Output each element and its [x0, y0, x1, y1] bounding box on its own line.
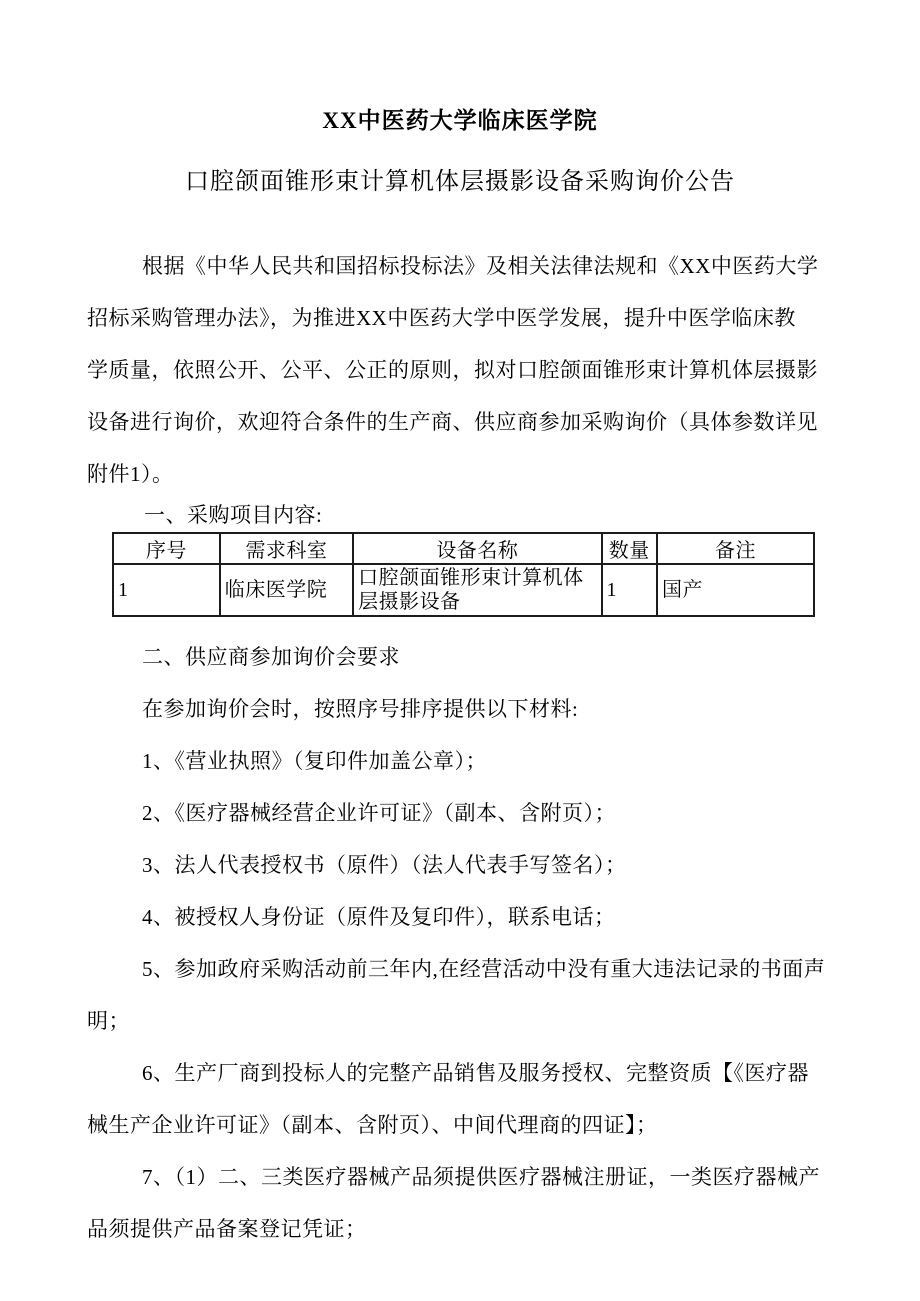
requirement-item-6: 6、生产厂商到投标人的完整产品销售及服务授权、完整资质【《医疗器 — [87, 1047, 833, 1099]
requirement-item-7: 7、（1）二、三类医疗器械产品须提供医疗器械注册证，一类医疗器械产 — [87, 1151, 833, 1203]
procurement-table: 序号 需求科室 设备名称 数量 备注 1 临床医学院 口腔颌面锥形束计算机体层摄… — [112, 532, 815, 617]
requirement-item-4: 4、被授权人身份证（原件及复印件），联系电话； — [87, 891, 833, 943]
cell-seq: 1 — [113, 564, 220, 616]
intro-line: 根据《中华人民共和国招标投标法》及相关法律法规和《XX中医药大学 — [87, 240, 833, 292]
section2-intro: 在参加询价会时，按照序号排序提供以下材料: — [87, 683, 833, 735]
page-title: XX中医药大学临床医学院 — [87, 100, 833, 142]
intro-line: 招标采购管理办法》，为推进XX中医药大学中医学发展，提升中医学临床教 — [87, 292, 833, 344]
intro-line: 附件1）。 — [87, 448, 833, 500]
requirement-item-6-continuation: 械生产企业许可证》（副本、含附页）、中间代理商的四证】； — [87, 1099, 833, 1151]
column-header-device: 设备名称 — [353, 533, 601, 564]
section2-heading: 二、供应商参加询价会要求 — [87, 631, 833, 683]
requirement-item-1: 1、《营业执照》（复印件加盖公章）； — [87, 735, 833, 787]
intro-line: 设备进行询价，欢迎符合条件的生产商、供应商参加采购询价（具体参数详见 — [87, 396, 833, 448]
column-header-department: 需求科室 — [220, 533, 353, 564]
requirement-item-2: 2、《医疗器械经营企业许可证》（副本、含附页）； — [87, 787, 833, 839]
table-row: 1 临床医学院 口腔颌面锥形束计算机体层摄影设备 1 国产 — [113, 564, 814, 616]
requirement-item-5-continuation: 明； — [87, 995, 833, 1047]
intro-paragraph: 根据《中华人民共和国招标投标法》及相关法律法规和《XX中医药大学 招标采购管理办… — [87, 240, 833, 500]
cell-department: 临床医学院 — [220, 564, 353, 616]
column-header-note: 备注 — [657, 533, 814, 564]
requirements-section: 二、供应商参加询价会要求 在参加询价会时，按照序号排序提供以下材料: 1、《营业… — [87, 631, 833, 1255]
requirement-item-5: 5、参加政府采购活动前三年内,在经营活动中没有重大违法记录的书面声 — [87, 943, 833, 995]
table-header-row: 序号 需求科室 设备名称 数量 备注 — [113, 533, 814, 564]
intro-line: 学质量，依照公开、公平、公正的原则，拟对口腔颌面锥形束计算机体层摄影 — [87, 344, 833, 396]
requirement-item-7-continuation: 品须提供产品备案登记凭证； — [87, 1203, 833, 1255]
requirement-item-3: 3、法人代表授权书（原件）（法人代表手写签名）； — [87, 839, 833, 891]
page-subtitle: 口腔颌面锥形束计算机体层摄影设备采购询价公告 — [87, 158, 833, 206]
cell-device: 口腔颌面锥形束计算机体层摄影设备 — [353, 564, 601, 616]
column-header-seq: 序号 — [113, 533, 220, 564]
section1-heading: 一、采购项目内容: — [87, 500, 833, 530]
document-page: XX中医药大学临床医学院 口腔颌面锥形束计算机体层摄影设备采购询价公告 根据《中… — [0, 0, 920, 1301]
cell-note: 国产 — [657, 564, 814, 616]
cell-quantity: 1 — [602, 564, 657, 616]
column-header-quantity: 数量 — [602, 533, 657, 564]
